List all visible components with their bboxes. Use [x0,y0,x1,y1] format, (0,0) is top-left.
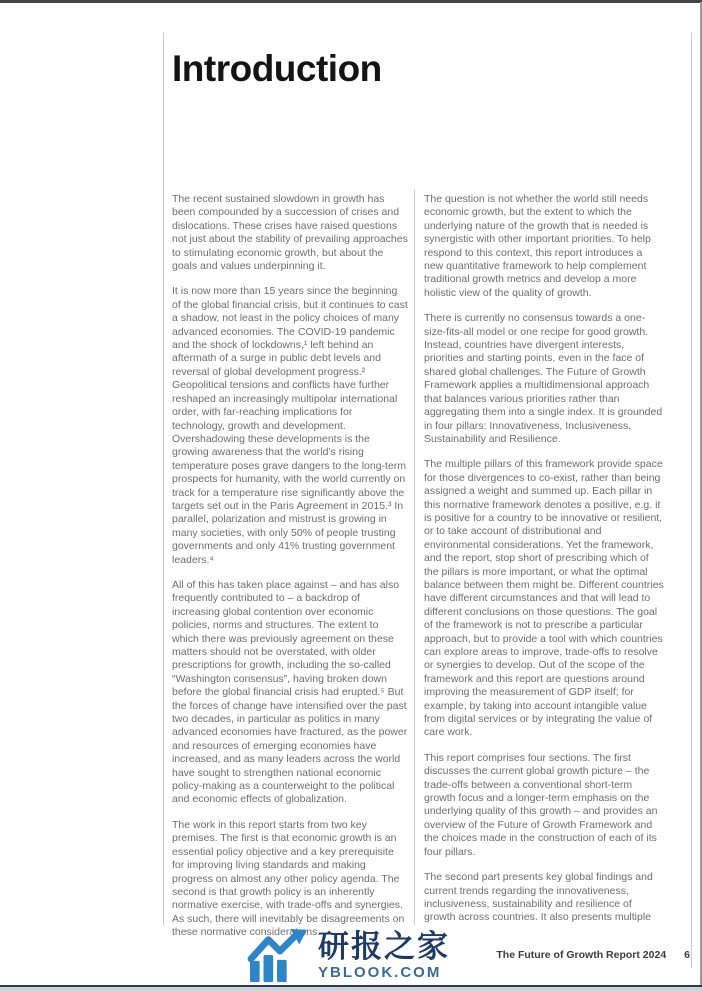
paragraph: There is currently no consensus towards … [424,312,664,446]
watermark-brand-name: 研报之家 [318,931,450,964]
watermark-site-name: YBLOOK.COM [318,964,450,981]
left-text-column: The recent sustained slowdown in growth … [172,193,408,952]
watermark-text: 研报之家 YBLOOK.COM [318,931,450,981]
page-bottom-border [0,985,702,991]
paragraph: The second part presents key global find… [424,871,664,925]
right-margin-rule [691,33,692,968]
footer-report-title: The Future of Growth Report 2024 [496,949,666,961]
paragraph: All of this has taken place against – an… [172,579,408,807]
bar-chart-arrow-icon [247,928,309,984]
paragraph: The recent sustained slowdown in growth … [172,193,408,273]
paragraph: The multiple pillars of this framework p… [424,458,664,740]
left-margin-rule [163,33,164,925]
paragraph: This report comprises four sections. The… [424,752,664,859]
watermark: 研报之家 YBLOOK.COM [247,928,450,984]
paragraph: The work in this report starts from two … [172,819,408,940]
footer-page-number: 6 [684,949,690,961]
paragraph: The question is not whether the world st… [424,193,664,300]
paragraph: It is now more than 15 years since the b… [172,285,408,567]
page-title: Introduction [172,49,382,90]
page-footer: The Future of Growth Report 2024 6 [424,949,690,961]
page-top-border [0,0,702,3]
right-text-column: The question is not whether the world st… [424,193,664,937]
column-divider-rule [414,190,415,925]
